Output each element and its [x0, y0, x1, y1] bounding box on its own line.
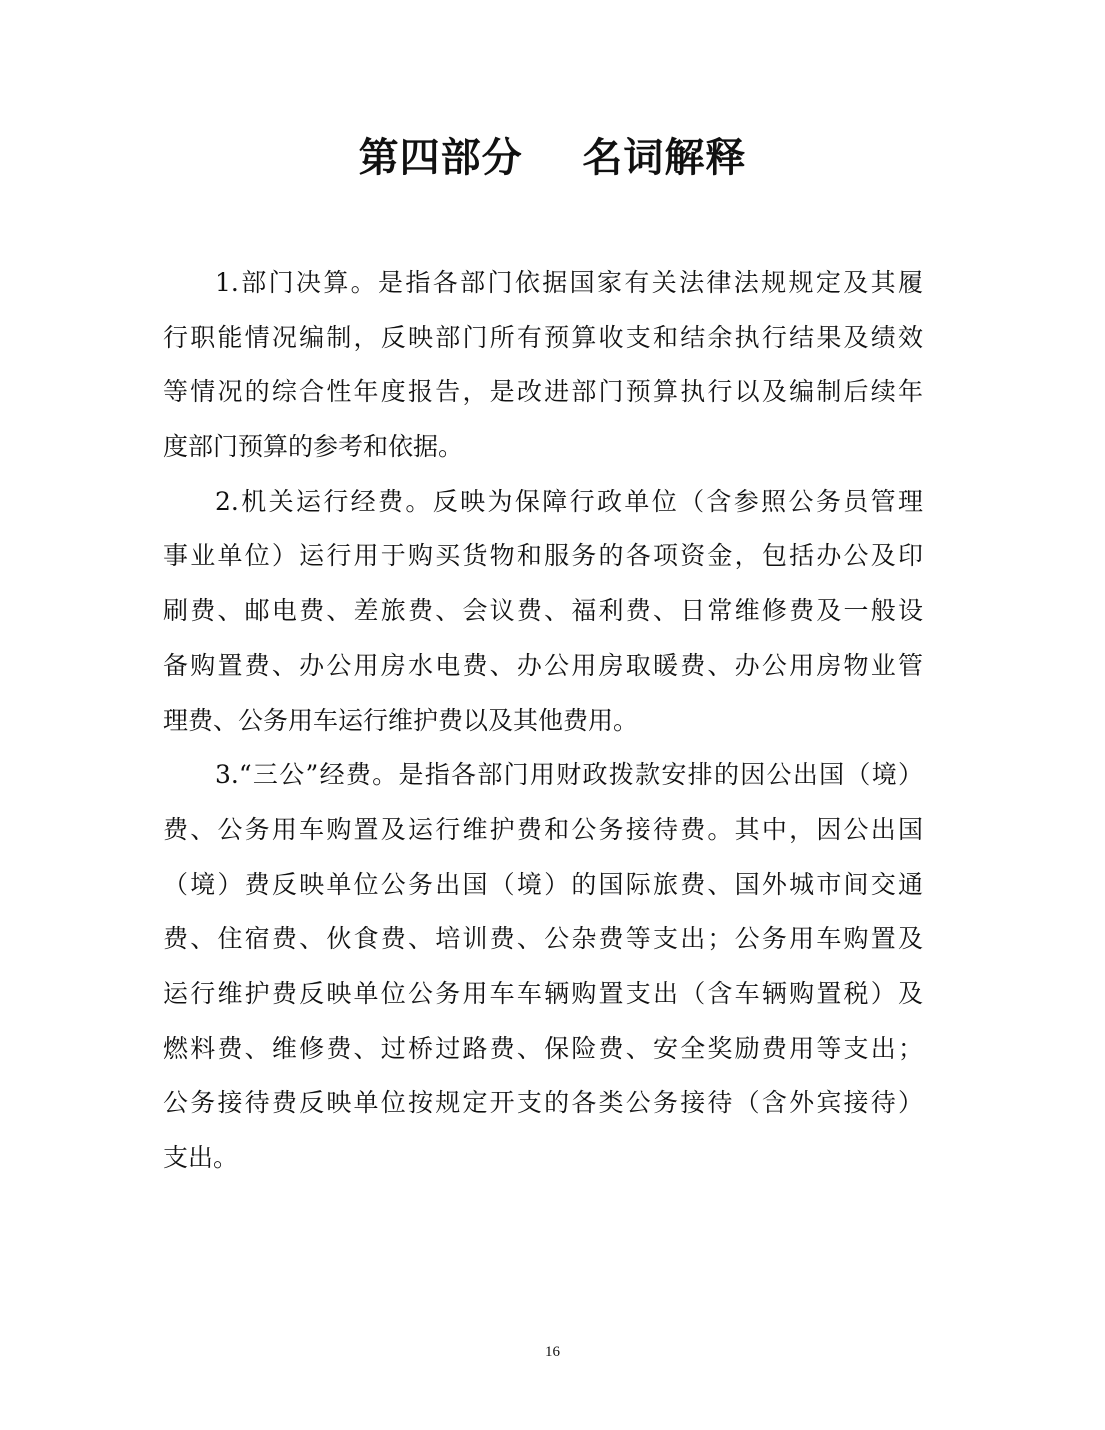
text-line: 度部门预算的参考和依据。 — [163, 420, 923, 475]
page-number: 16 — [0, 1344, 1105, 1361]
text-line: 1.部门决算。是指各部门依据国家有关法律法规规定及其履 — [163, 256, 923, 311]
page-title: 第四部分 名词解释 — [0, 128, 1105, 188]
text-line: 等情况的综合性年度报告，是改进部门预算执行以及编制后续年 — [163, 365, 923, 420]
text-line: 支出。 — [163, 1131, 923, 1186]
text-line: 公务接待费反映单位按规定开支的各类公务接待（含外宾接待） — [163, 1076, 923, 1131]
text-line: 燃料费、维修费、过桥过路费、保险费、安全奖励费用等支出； — [163, 1022, 923, 1077]
text-line: 运行维护费反映单位公务用车车辆购置支出（含车辆购置税）及 — [163, 967, 923, 1022]
paragraph-agency-operating-expenses: 2.机关运行经费。反映为保障行政单位（含参照公务员管理 事业单位）运行用于购买货… — [163, 475, 923, 748]
paragraph-department-final-accounts: 1.部门决算。是指各部门依据国家有关法律法规规定及其履 行职能情况编制，反映部门… — [163, 256, 923, 475]
text-line: 费、公务用车购置及运行维护费和公务接待费。其中，因公出国 — [163, 803, 923, 858]
text-line: 理费、公务用车运行维护费以及其他费用。 — [163, 694, 923, 749]
text-line: 事业单位）运行用于购买货物和服务的各项资金，包括办公及印 — [163, 529, 923, 584]
text-line: 2.机关运行经费。反映为保障行政单位（含参照公务员管理 — [163, 475, 923, 530]
text-line: 费、住宿费、伙食费、培训费、公杂费等支出；公务用车购置及 — [163, 912, 923, 967]
text-line: 3.“三公”经费。是指各部门用财政拨款安排的因公出国（境） — [163, 748, 923, 803]
paragraph-three-public-expenses: 3.“三公”经费。是指各部门用财政拨款安排的因公出国（境） 费、公务用车购置及运… — [163, 748, 923, 1186]
text-line: 备购置费、办公用房水电费、办公用房取暖费、办公用房物业管 — [163, 639, 923, 694]
text-line: 行职能情况编制，反映部门所有预算收支和结余执行结果及绩效 — [163, 311, 923, 366]
document-body: 1.部门决算。是指各部门依据国家有关法律法规规定及其履 行职能情况编制，反映部门… — [163, 256, 923, 1186]
text-line: 刷费、邮电费、差旅费、会议费、福利费、日常维修费及一般设 — [163, 584, 923, 639]
document-page: 第四部分 名词解释 1.部门决算。是指各部门依据国家有关法律法规规定及其履 行职… — [0, 0, 1105, 1430]
text-line: （境）费反映单位公务出国（境）的国际旅费、国外城市间交通 — [163, 858, 923, 913]
